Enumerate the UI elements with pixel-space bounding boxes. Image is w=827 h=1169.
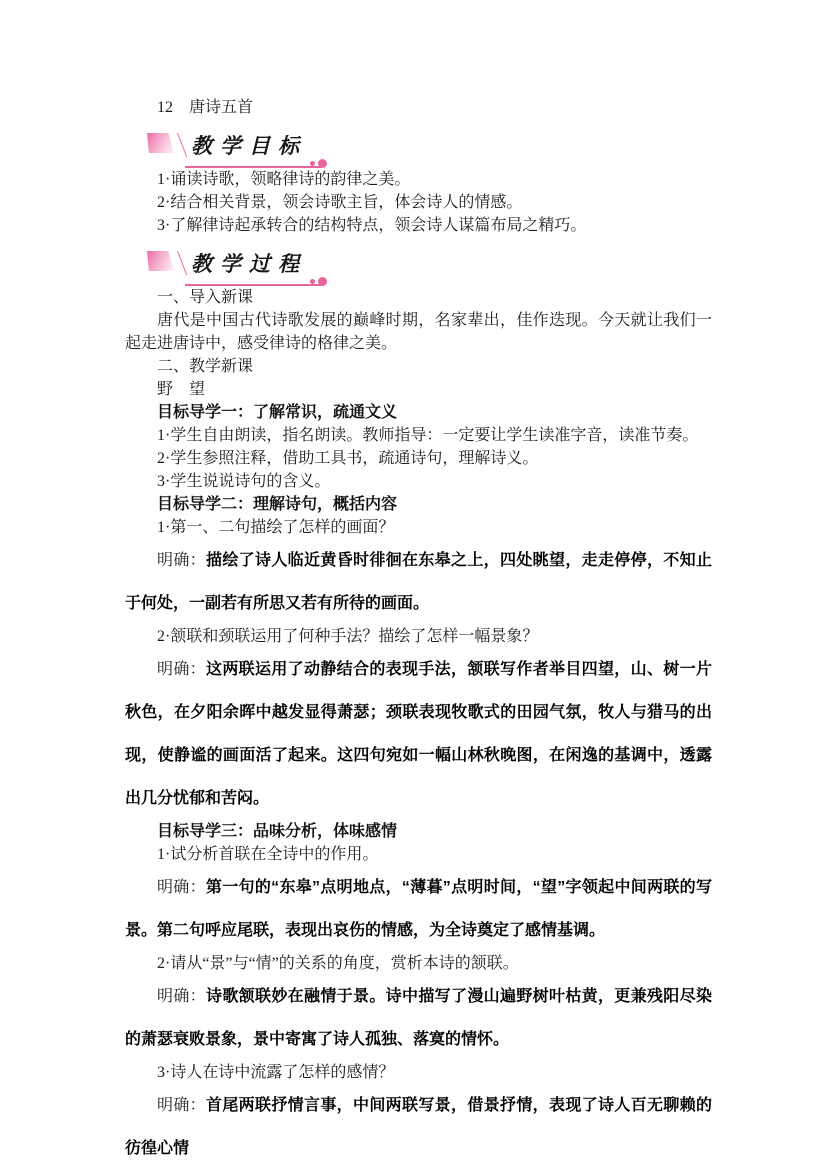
guide2-question-2: 2·颔联和颈联运用了何种手法？描绘了怎样一幅景象？ [125, 625, 712, 648]
guide2-question-1: 1·第一、二句描绘了怎样的画面？ [125, 516, 712, 539]
section-header-process: 教学过程 [125, 249, 712, 281]
guide1-item-1: 1·学生自由朗读，指名朗读。教师指导：一定要让学生读准字音，读准节奏。 [125, 424, 712, 447]
doc-title: 12 唐诗五首 [125, 96, 712, 119]
guide3-question-1: 1·试分析首联在全诗中的作用。 [125, 843, 712, 866]
guide2-answer-2: 明确：这两联运用了动静结合的表现手法，颔联写作者举目四望，山、树一片秋色，在夕阳… [125, 648, 712, 820]
section-underline: 教学过程 [185, 248, 321, 286]
guide2-answer-1: 明确：描绘了诗人临近黄昏时徘徊在东皋之上，四处眺望，走走停停，不知止于何处，一副… [125, 539, 712, 625]
section-title-process: 教学过程 [191, 251, 307, 276]
guide1-item-3: 3·学生说说诗句的含义。 [125, 470, 712, 493]
document-page: 12 唐诗五首 教学目标 1·诵读诗歌，领略律诗的韵律之美。 2·结合相关背景，… [0, 0, 827, 1169]
guide3-answer-1: 明确：第一句的“东皋”点明地点，“薄暮”点明时间，“望”字领起中间两联的写景。第… [125, 866, 712, 952]
objective-item-2: 2·结合相关背景，领会诗歌主旨，体会诗人的情感。 [125, 191, 712, 214]
answer-text: 描绘了诗人临近黄昏时徘徊在东皋之上，四处眺望，走走停停，不知止于何处，一副若有所… [125, 552, 712, 612]
dot-small-icon [310, 279, 315, 284]
guide3-question-3: 3·诗人在诗中流露了怎样的感情？ [125, 1061, 712, 1084]
answer-text: 这两联运用了动静结合的表现手法，颔联写作者举目四望，山、树一片秋色，在夕阳余晖中… [125, 661, 712, 807]
intro-paragraph: 唐代是中国古代诗歌发展的巅峰时期，名家辈出，佳作迭现。今天就让我们一起走进唐诗中… [125, 309, 712, 355]
guide2-heading: 目标导学二：理解诗句，概括内容 [125, 493, 712, 516]
part1-heading: 一、导入新课 [125, 286, 712, 309]
objective-item-1: 1·诵读诗歌，领略律诗的韵律之美。 [125, 168, 712, 191]
section-header-objectives: 教学目标 [125, 131, 712, 163]
answer-text: 首尾两联抒情言事，中间两联写景，借景抒情，表现了诗人百无聊赖的彷徨心情 [125, 1097, 712, 1157]
answer-label: 明确： [157, 552, 206, 569]
answer-label: 明确： [157, 661, 206, 678]
part2-heading: 二、教学新课 [125, 355, 712, 378]
answer-text: 诗歌颔联妙在融情于景。诗中描写了漫山遍野树叶枯黄，更兼残阳尽染的萧瑟衰败景象，景… [125, 988, 712, 1048]
guide3-heading: 目标导学三：品味分析，体味感情 [125, 820, 712, 843]
guide1-heading: 目标导学一：了解常识，疏通文义 [125, 401, 712, 424]
underline-dots-icon [310, 272, 327, 290]
guide3-answer-2: 明确：诗歌颔联妙在融情于景。诗中描写了漫山遍野树叶枯黄，更兼残阳尽染的萧瑟衰败景… [125, 975, 712, 1061]
poem-title: 野 望 [125, 378, 712, 401]
answer-text: 第一句的“东皋”点明地点，“薄暮”点明时间，“望”字领起中间两联的写景。第二句呼… [125, 879, 712, 939]
guide3-question-2: 2·请从“景”与“情”的关系的角度，赏析本诗的颔联。 [125, 952, 712, 975]
guide3-answer-3: 明确：首尾两联抒情言事，中间两联写景，借景抒情，表现了诗人百无聊赖的彷徨心情 [125, 1084, 712, 1169]
answer-label: 明确： [157, 879, 206, 896]
dot-large-icon [318, 159, 327, 168]
dot-small-icon [310, 161, 315, 166]
objective-item-3: 3·了解律诗起承转合的结构特点，领会诗人谋篇布局之精巧。 [125, 214, 712, 237]
section-title-objectives: 教学目标 [191, 133, 307, 158]
dot-large-icon [318, 277, 327, 286]
answer-label: 明确： [157, 1097, 206, 1114]
section-underline: 教学目标 [185, 130, 321, 168]
guide1-item-2: 2·学生参照注释，借助工具书，疏通诗句，理解诗义。 [125, 447, 712, 470]
answer-label: 明确： [157, 988, 206, 1005]
underline-dots-icon [310, 154, 327, 172]
